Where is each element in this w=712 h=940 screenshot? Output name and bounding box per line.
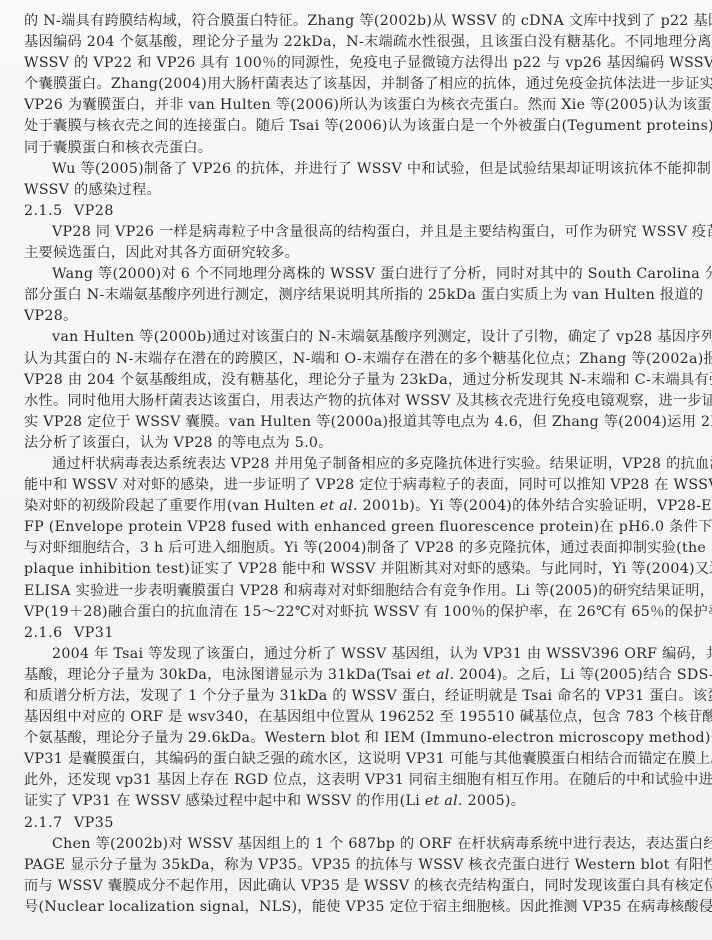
text-line: VP31 是囊膜蛋白，其编码的蛋白缺乏强的疏水区，这说明 VP31 可能与其他囊…	[24, 749, 688, 770]
text-line: 主要候选蛋白，因此对其各方面研究较多。	[24, 243, 688, 264]
text-run: 染对虾的初级阶段起了重要作用(van Hulten	[24, 498, 320, 514]
text-line: 水性。同时他用大肠杆菌表达该蛋白，用表达产物的抗体对 WSSV 及其核衣壳进行免…	[24, 391, 688, 412]
text-line: Wu 等(2005)制备了 VP26 的抗体，并进行了 WSSV 中和试验，但是…	[24, 159, 688, 180]
section-title: VP31	[74, 625, 114, 641]
text-line: plaque inhibition test)证实了 VP28 能中和 WSSV…	[24, 559, 688, 580]
section-heading-2-1-7: 2.1.7VP35	[24, 813, 688, 834]
section-number: 2.1.6	[24, 623, 74, 644]
text-line: 的 N-端具有跨膜结构域，符合膜蛋白特征。Zhang 等(2002b)从 WSS…	[24, 11, 688, 32]
text-line: 处于囊膜与核衣壳之间的连接蛋白。随后 Tsai 等(2006)认为该蛋白是一个外…	[24, 116, 688, 137]
text-line: PAGE 显示分子量为 35kDa，称为 VP35。VP35 的抗体与 WSSV…	[24, 855, 688, 876]
text-run: 2005)。	[463, 793, 525, 809]
text-line: 基因组中对应的 ORF 是 wsv340，在基因组中位置从 196252 至 1…	[24, 707, 688, 728]
section-number: 2.1.7	[24, 813, 74, 834]
text-line: 染对虾的初级阶段起了重要作用(van Hulten et al. 2001b)。…	[24, 496, 688, 517]
text-line: FP (Envelope protein VP28 fused with enh…	[24, 517, 688, 538]
text-line: 通过杆状病毒表达系统表达 VP28 并用兔子制备相应的多克隆抗体进行实验。结果证…	[24, 454, 688, 475]
text-run: 2001b)。Yi 等(2004)的体外结合实验证明，VP28-EG-	[358, 498, 712, 514]
text-line: WSSV 的 VP22 和 VP26 具有 100％的同源性，免疫电子显微镜方法…	[24, 53, 688, 74]
text-line: ELISA 实验进一步表明囊膜蛋白 VP28 和病毒对对虾细胞结合有竞争作用。L…	[24, 581, 688, 602]
section-title: VP28	[74, 203, 114, 219]
text-line: 证实了 VP31 在 WSSV 感染过程中起中和 WSSV 的作用(Li et …	[24, 791, 688, 812]
text-line: 部分蛋白 N-末端氨基酸序列进行测定，测序结果说明其所指的 25kDa 蛋白实质…	[24, 285, 688, 306]
text-line: VP26 为囊膜蛋白，并非 van Hulten 等(2006)所认为该蛋白为核…	[24, 95, 688, 116]
text-line: 个氨基酸，理论分子量为 29.6kDa。Western blot 和 IEM (…	[24, 728, 688, 749]
text-line: 此外，还发现 vp31 基因上存在 RGD 位点，这表明 VP31 同宿主细胞有…	[24, 770, 688, 791]
italic-et-al: et al.	[320, 498, 358, 514]
text-line: Wang 等(2000)对 6 个不同地理分离株的 WSSV 蛋白进行了分析，同…	[24, 264, 688, 285]
text-line: VP(19＋28)融合蛋白的抗血清在 15～22℃对对虾抗 WSSV 有 100…	[24, 602, 688, 623]
text-line: WSSV 的感染过程。	[24, 180, 688, 201]
section-title: VP35	[74, 815, 114, 831]
text-line: Chen 等(2002b)对 WSSV 基因组上的 1 个 687bp 的 OR…	[24, 834, 688, 855]
section-heading-2-1-6: 2.1.6VP31	[24, 623, 688, 644]
text-line: 法分析了该蛋白，认为 VP28 的等电点为 5.0。	[24, 433, 688, 454]
section-number: 2.1.5	[24, 201, 74, 222]
section-heading-2-1-5: 2.1.5VP28	[24, 201, 688, 222]
text-run: 2004)。之后，Li 等(2005)结合 SDS-PAGE	[454, 667, 712, 683]
text-line: 和质谱分析方法，发现了 1 个分子量为 31kDa 的 WSSV 蛋白，经证明就…	[24, 686, 688, 707]
text-run: 证实了 VP31 在 WSSV 感染过程中起中和 WSSV 的作用(Li	[24, 793, 425, 809]
text-line: 个囊膜蛋白。Zhang(2004)用大肠杆菌表达了该基因，并制备了相应的抗体，通…	[24, 74, 688, 95]
text-line: VP28。	[24, 306, 688, 327]
body-text: 的 N-端具有跨膜结构域，符合膜蛋白特征。Zhang 等(2002b)从 WSS…	[24, 11, 688, 918]
text-line: 而与 WSSV 囊膜成分不起作用，因此确认 VP35 是 WSSV 的核衣壳结构…	[24, 876, 688, 897]
text-line: 同于囊膜蛋白和核衣壳蛋白。	[24, 138, 688, 159]
text-line: van Hulten 等(2000b)通过对该蛋白的 N-末端氨基酸序列测定，设…	[24, 327, 688, 348]
text-line: 号(Nuclear localization signal，NLS)，能使 VP…	[24, 897, 688, 918]
text-line: 认为其蛋白的 N-末端存在潜在的跨膜区，N-端和 O-末端存在潜在的多个糖基化位…	[24, 349, 688, 370]
text-line: 基因编码 204 个氨基酸，理论分子量为 22kDa，N-末端疏水性很强，且该蛋…	[24, 32, 688, 53]
text-line: 基酸，理论分子量为 30kDa，电泳图谱显示为 31kDa(Tsai et al…	[24, 665, 688, 686]
text-line: 实 VP28 定位于 WSSV 囊膜。van Hulten 等(2000a)报道…	[24, 412, 688, 433]
text-line: 能中和 WSSV 对对虾的感染，进一步证明了 VP28 定位于病毒粒子的表面，同…	[24, 475, 688, 496]
text-run: 基酸，理论分子量为 30kDa，电泳图谱显示为 31kDa(Tsai	[24, 667, 416, 683]
italic-et-al: et al.	[425, 793, 463, 809]
text-line: VP28 由 204 个氨基酸组成，没有糖基化，理论分子量为 23kDa，通过分…	[24, 370, 688, 391]
italic-et-al: et al.	[416, 667, 454, 683]
text-line: 2004 年 Tsai 等发现了该蛋白，通过分析了 WSSV 基因组，认为 VP…	[24, 644, 688, 665]
text-line: 与对虾细胞结合，3 h 后可进入细胞质。Yi 等(2004)制备了 VP28 的…	[24, 538, 688, 559]
document-page: 的 N-端具有跨膜结构域，符合膜蛋白特征。Zhang 等(2002b)从 WSS…	[0, 0, 712, 940]
text-line: VP28 同 VP26 一样是病毒粒子中含量很高的结构蛋白，并且是主要结构蛋白，…	[24, 222, 688, 243]
